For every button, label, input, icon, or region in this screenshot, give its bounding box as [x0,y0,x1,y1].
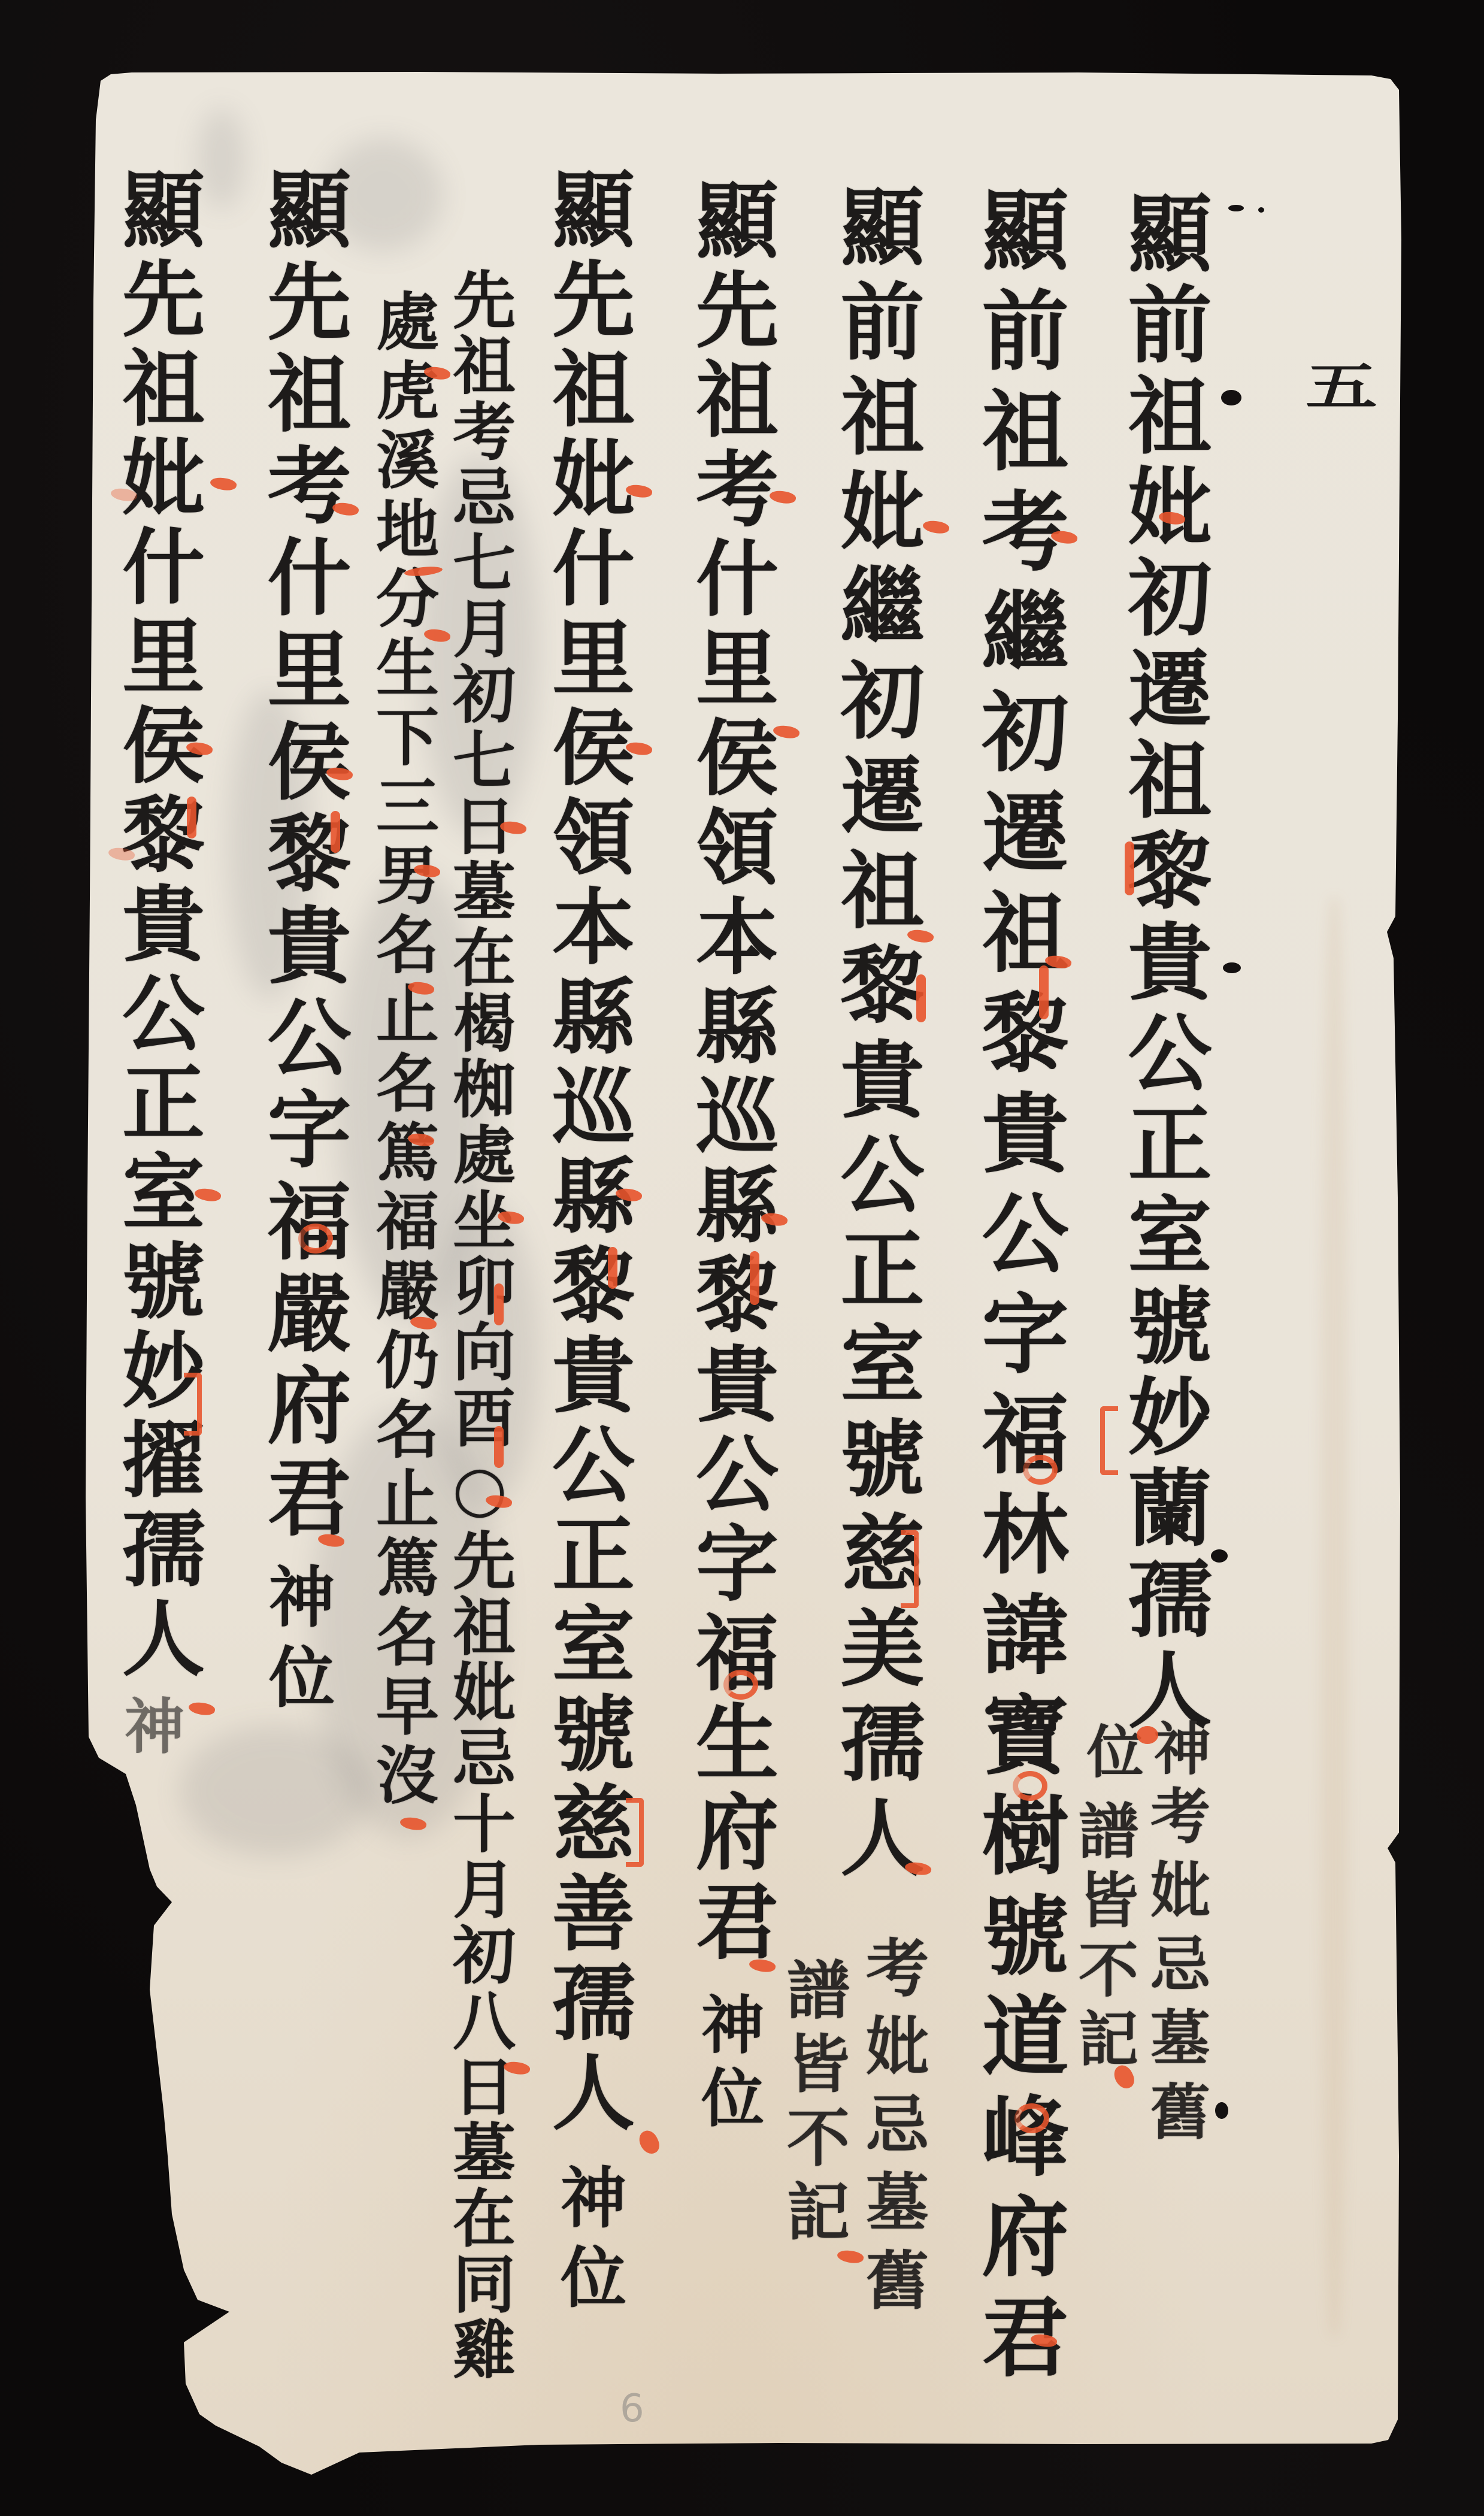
annotation-line-left: 處虎溪地分生下三男名止名篤福嚴仍名止篤名早沒 [371,289,434,1812]
column-4-suffix: 神位 [696,1992,759,2138]
vermilion-name-stroke [1039,965,1049,1019]
vermilion-name-stroke [494,1426,504,1468]
ink-offset-ghost [180,1725,371,1857]
column-4-main-text: 顯先祖考什里侯領本縣巡縣黎貴公字福生府君 [689,177,772,1968]
vermilion-name-stroke [187,797,196,838]
vermilion-name-stroke [750,1251,759,1305]
vermilion-circle-mark [723,1670,758,1700]
vermilion-punctuation-mark [209,476,237,493]
vermilion-name-stroke [331,811,340,853]
binding-hole [1211,1549,1228,1563]
column-1-main-text: 顯前祖妣初遷祖黎貴公正室號妙蘭孺人 [1121,190,1205,1737]
binding-hole [1221,390,1241,405]
column-8-main-text: 顯先祖妣什里侯黎貴公正室號妙擢孺人 [116,166,198,1685]
column-3-note-right: 考妣忌墓舊 [861,1935,924,2326]
binding-hole [1223,962,1241,973]
vermilion-punctuation-mark [187,1700,216,1718]
vermilion-circle-mark [1014,2103,1049,2133]
vermilion-bracket [1100,1406,1118,1475]
column-2-main-text: 顯前祖考繼初遷祖黎貴公字福林諱寶樹號道峰府君 [974,185,1061,2392]
column-5-main-text: 顯先祖妣什里侯領本縣巡縣黎貴公正室號慈善孺人 [546,166,628,2139]
vermilion-bracket [184,1373,202,1436]
page-number: 五 [1306,361,1377,413]
column-8-suffix: 神 [120,1695,180,1755]
column-7-suffix: 神位 [264,1563,329,1723]
column-3-note-left: 譜皆不記 [782,1957,845,2252]
column-1-suffix-right: 神 [1149,1719,1206,1776]
binding-hole [1258,207,1264,213]
vermilion-punctuation-mark [922,519,950,536]
vermilion-circle-mark [298,1224,333,1254]
annotation-line-right: 先祖考忌七月初七日墓在楬椥處坐卯向酉○先祖妣忌十月初八日墓在同雞 [448,267,511,2383]
binding-hole [1228,205,1244,211]
column-1-note-right: 考妣忌墓舊 [1146,1785,1206,2155]
pencil-folio-number: 6 [620,2390,644,2428]
vermilion-name-stroke [916,974,926,1022]
vermilion-circle-mark [1023,1455,1058,1485]
water-stain [1321,898,1348,2336]
column-3-main-text: 顯前祖妣繼初遷祖黎貴公正室號慈美孺人 [834,183,917,1889]
vermilion-punctuation-mark [636,2128,662,2157]
vermilion-bracket [626,1798,644,1867]
vermilion-name-stroke [608,1247,617,1289]
column-1-suffix-left: 位 [1082,1722,1139,1779]
vermilion-punctuation-mark [1137,1726,1158,1744]
vermilion-name-stroke [1125,841,1134,895]
manuscript-page: 五 顯前祖妣初遷祖黎貴公正室號妙蘭孺人 神 位 考妣忌墓舊 譜皆不記 顯前祖考繼… [0,0,1484,2516]
vermilion-name-stroke [494,1283,504,1325]
vermilion-circle-mark [1013,1771,1047,1801]
column-1-note-left: 譜皆不記 [1074,1800,1134,2077]
column-5-suffix: 神位 [555,2163,621,2323]
vermilion-bracket [901,1530,919,1608]
column-7-main-text: 顯先祖考什里侯黎貴公字福嚴府君 [261,166,344,1546]
binding-hole [1215,2102,1228,2119]
